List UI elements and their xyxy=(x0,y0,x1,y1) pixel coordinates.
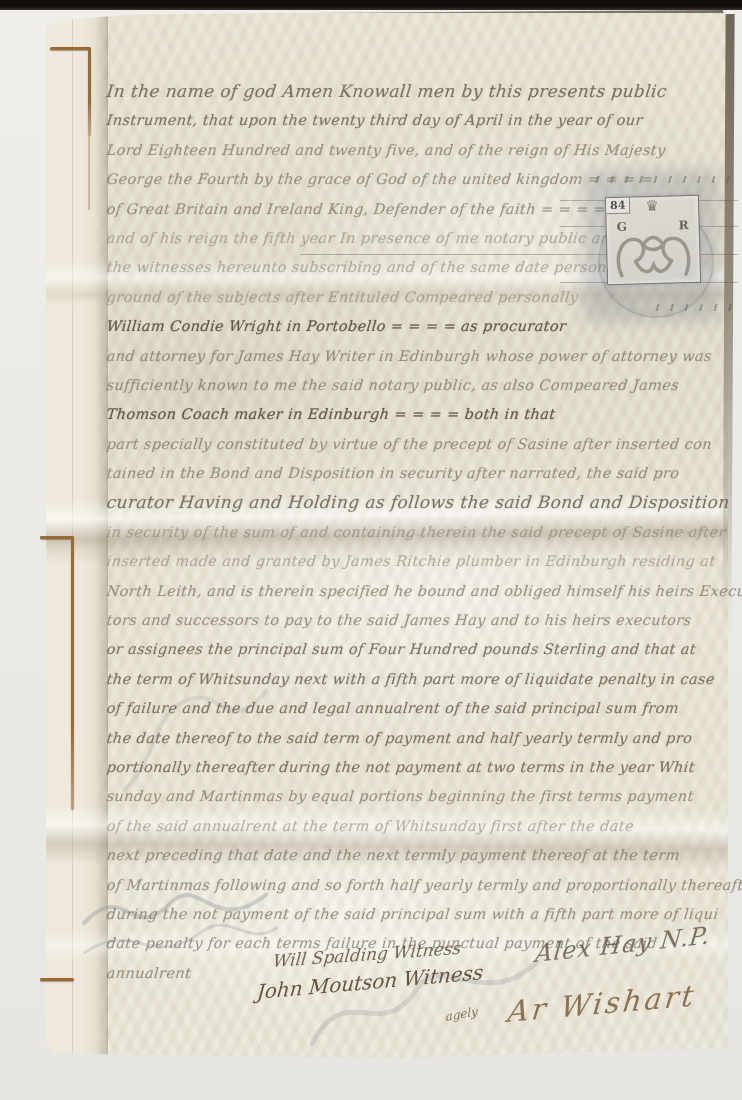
sheet-top-edge xyxy=(134,10,728,13)
manuscript-line: sufficiently known to me the said notary… xyxy=(105,372,720,401)
manuscript-line: of failure and the due and legal annualr… xyxy=(105,695,720,724)
manuscript-line: tained in the Bond and Disposition in se… xyxy=(105,460,720,489)
manuscript-line: North Leith, and is therein specified he… xyxy=(105,578,720,607)
binding-thread-top-vertical xyxy=(88,47,91,135)
revenue-stamp: 84 ♛ G R xyxy=(605,195,701,285)
manuscript-line: of Martinmas following and so forth half… xyxy=(105,872,720,901)
crown-icon: ♛ xyxy=(645,197,659,215)
manuscript-line: Lord Eighteen Hundred and twenty five, a… xyxy=(105,137,720,166)
manuscript-line: the term of Whitsunday next with a fifth… xyxy=(105,666,720,695)
scanner-edge-strip xyxy=(0,0,742,10)
binding-thread-middle-vertical xyxy=(71,537,74,809)
manuscript-line: in security of the sum of and containing… xyxy=(105,519,720,548)
manuscript-line: Thomson Coach maker in Edinburgh = = = =… xyxy=(105,401,720,430)
manuscript-line: part specially constituted by virtue of … xyxy=(105,431,720,460)
binding-thread-top-horizontal xyxy=(50,47,90,50)
manuscript-line: curator Having and Holding as follows th… xyxy=(105,489,720,518)
binding-thread-middle-horizontal xyxy=(40,536,74,539)
manuscript-line: sunday and Martinmas by equal portions b… xyxy=(105,783,720,812)
manuscript-line: In the name of god Amen Knowall men by t… xyxy=(105,78,720,107)
manuscript-line: the date thereof to the said term of pay… xyxy=(105,725,720,754)
underlying-page-edge xyxy=(722,14,734,634)
binding-thread-top-faded xyxy=(88,135,90,210)
royal-cypher-icon xyxy=(611,228,696,280)
manuscript-line: during the not payment of the said princ… xyxy=(105,901,720,930)
manuscript-line: portionally thereafter during the not pa… xyxy=(105,754,720,783)
manuscript-line: tors and successors to pay to the said J… xyxy=(105,607,720,636)
binding-thread-bottom xyxy=(40,978,74,981)
manuscript-line: inserted made and granted by James Ritch… xyxy=(105,548,720,577)
stamp-duty-value: 84 xyxy=(606,198,631,215)
manuscript-line: next preceding that date and the next te… xyxy=(105,842,720,871)
manuscript-line: or assignees the principal sum of Four H… xyxy=(105,636,720,665)
scanned-manuscript-page: In the name of god Amen Knowall men by t… xyxy=(0,0,742,1100)
manuscript-line: Instrument, that upon the twenty third d… xyxy=(105,107,720,136)
manuscript-line: of the said annualrent at the term of Wh… xyxy=(105,813,720,842)
manuscript-line: and attorney for James Hay Writer in Edi… xyxy=(105,343,720,372)
